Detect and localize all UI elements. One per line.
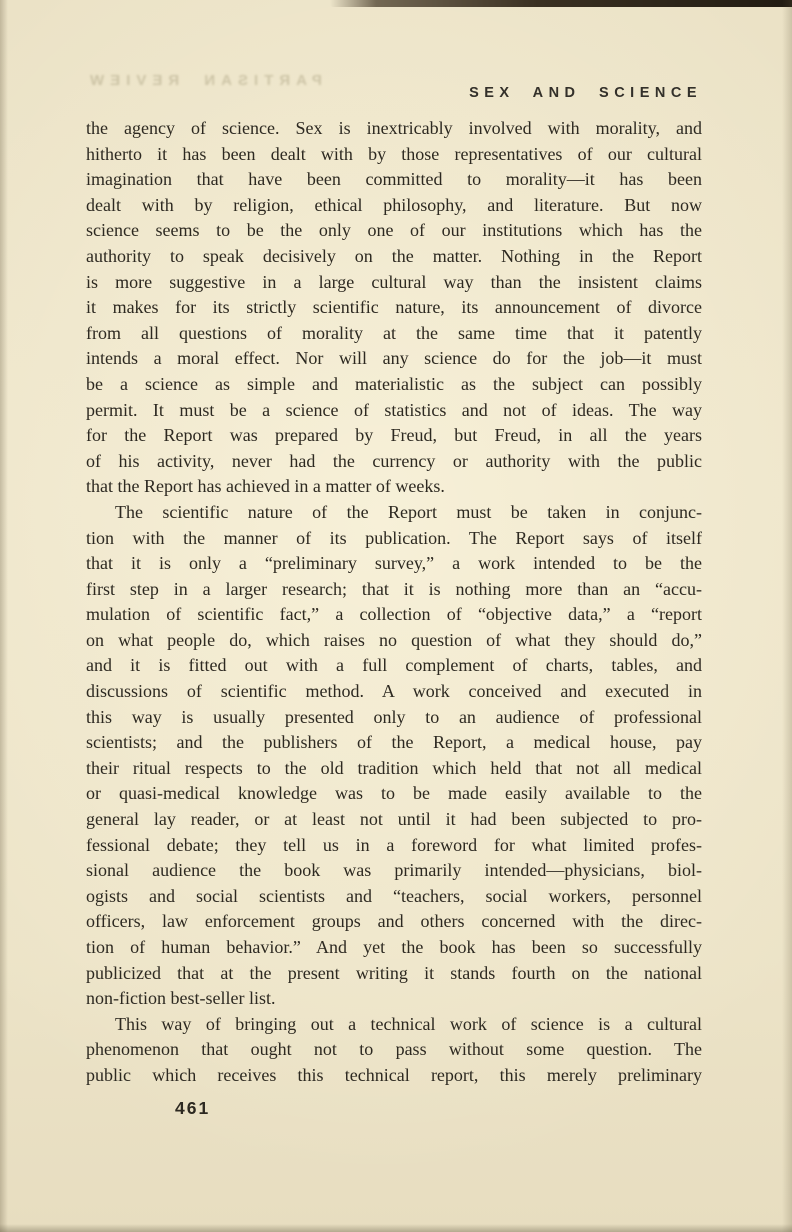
text-line: dealt with by religion, ethical philosop… — [86, 193, 702, 219]
text-line: for the Report was prepared by Freud, bu… — [86, 423, 702, 449]
scan-right-edge — [782, 0, 792, 1232]
text-line: mulation of scientific fact,” a collecti… — [86, 602, 702, 628]
text-line: and it is fitted out with a full complem… — [86, 653, 702, 679]
text-line: intends a moral effect. Nor will any sci… — [86, 346, 702, 372]
text-line: authority to speak decisively on the mat… — [86, 244, 702, 270]
text-line: this way is usually presented only to an… — [86, 705, 702, 731]
text-line: is more suggestive in a large cultural w… — [86, 270, 702, 296]
running-header: SEX AND SCIENCE — [86, 85, 702, 101]
text-line: tion of human behavior.” And yet the boo… — [86, 935, 702, 961]
text-line: sional audience the book was primarily i… — [86, 858, 702, 884]
scan-bottom-edge — [0, 1224, 792, 1232]
text-line: publicized that at the present writing i… — [86, 961, 702, 987]
text-line: their ritual respects to the old traditi… — [86, 756, 702, 782]
book-page: PARTISAN REVIEW SEX AND SCIENCE the agen… — [0, 0, 792, 1232]
page-number: 461 — [175, 1098, 210, 1119]
paragraph: the agency of science. Sex is inextricab… — [86, 116, 702, 500]
scan-top-edge — [330, 0, 792, 7]
text-line: permit. It must be a science of statisti… — [86, 398, 702, 424]
text-line: the agency of science. Sex is inextricab… — [86, 116, 702, 142]
page-body: the agency of science. Sex is inextricab… — [86, 116, 702, 1089]
text-line: phenomenon that ought not to pass withou… — [86, 1037, 702, 1063]
text-line: non-fiction best-seller list. — [86, 986, 702, 1012]
scan-left-edge — [0, 0, 8, 1232]
text-line: fessional debate; they tell us in a fore… — [86, 833, 702, 859]
text-line: officers, law enforcement groups and oth… — [86, 909, 702, 935]
text-line: on what people do, which raises no quest… — [86, 628, 702, 654]
text-line: This way of bringing out a technical wor… — [86, 1012, 702, 1038]
text-line: science seems to be the only one of our … — [86, 218, 702, 244]
text-line: hitherto it has been dealt with by those… — [86, 142, 702, 168]
text-line: that the Report has achieved in a matter… — [86, 474, 702, 500]
text-line: it makes for its strictly scientific nat… — [86, 295, 702, 321]
text-line: public which receives this technical rep… — [86, 1063, 702, 1089]
text-line: be a science as simple and materialistic… — [86, 372, 702, 398]
text-line: scientists; and the publishers of the Re… — [86, 730, 702, 756]
paragraph: This way of bringing out a technical wor… — [86, 1012, 702, 1089]
text-line: ogists and social scientists and “teache… — [86, 884, 702, 910]
text-line: tion with the manner of its publication.… — [86, 526, 702, 552]
paragraph: The scientific nature of the Report must… — [86, 500, 702, 1012]
text-line: or quasi-medical knowledge was to be mad… — [86, 781, 702, 807]
text-line: of his activity, never had the currency … — [86, 449, 702, 475]
text-line: The scientific nature of the Report must… — [86, 500, 702, 526]
text-line: first step in a larger research; that it… — [86, 577, 702, 603]
text-line: from all questions of morality at the sa… — [86, 321, 702, 347]
text-line: imagination that have been committed to … — [86, 167, 702, 193]
text-line: general lay reader, or at least not unti… — [86, 807, 702, 833]
text-line: that it is only a “preliminary survey,” … — [86, 551, 702, 577]
text-line: discussions of scientific method. A work… — [86, 679, 702, 705]
